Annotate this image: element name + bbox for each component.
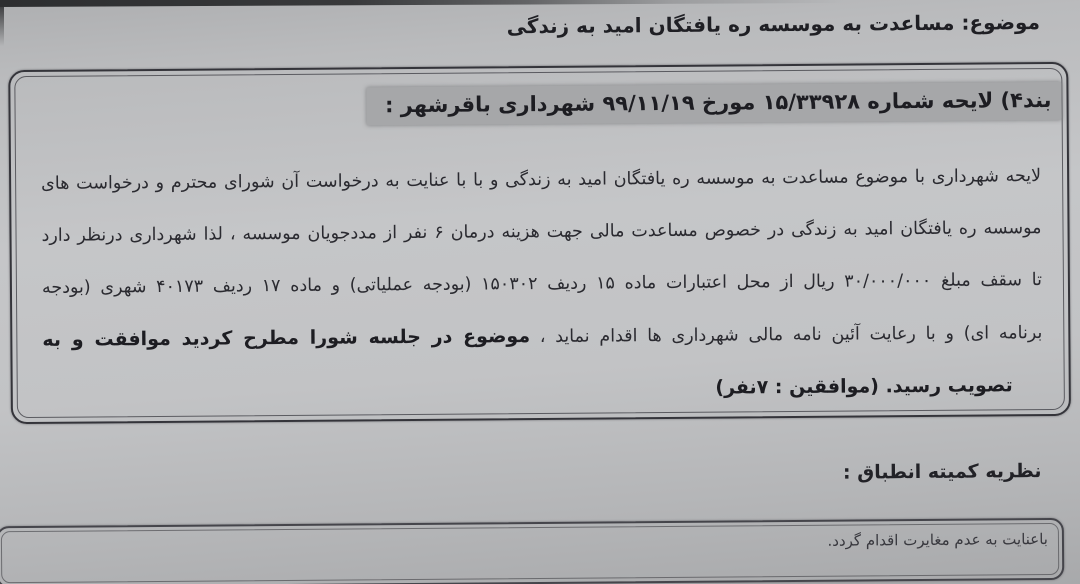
compliance-heading: نظریه کمیته انطباق : <box>843 460 1042 484</box>
compliance-box: باعنایت به عدم مغایرت اقدام گردد. <box>0 518 1064 584</box>
scanned-document-page: موضوع: مساعدت به موسسه ره یافتگان امید ب… <box>0 0 1080 584</box>
resolution-box: بند۴) لایحه شماره ۱۵/۳۳۹۲۸ مورخ ۹۹/۱۱/۱۹… <box>8 62 1071 424</box>
body-line-2: موسسه ره یافتگان امید به زندگی در خصوص م… <box>41 202 1041 262</box>
approval-line: تصویب رسید. (موافقین : ۷نفر) <box>43 359 1043 419</box>
resolution-body: لایحه شهرداری با موضوع مساعدت به موسسه ر… <box>41 150 1043 419</box>
subject-line: موضوع: مساعدت به موسسه ره یافتگان امید ب… <box>507 10 1040 38</box>
body-line-4: برنامه ای) و با رعایت آئین نامه مالی شهر… <box>42 306 1042 367</box>
resolution-header: بند۴) لایحه شماره ۱۵/۳۳۹۲۸ مورخ ۹۹/۱۱/۱۹… <box>367 82 1062 125</box>
body-line-4-regular: برنامه ای) و با رعایت آئین نامه مالی شهر… <box>540 323 1043 347</box>
body-line-1: لایحه شهرداری با موضوع مساعدت به موسسه ر… <box>41 150 1041 210</box>
body-line-3: تا سقف مبلغ ۳۰/۰۰۰/۰۰۰ ریال از محل اعتبا… <box>42 254 1042 314</box>
scan-tilt-wrapper: موضوع: مساعدت به موسسه ره یافتگان امید ب… <box>0 0 1080 584</box>
compliance-note: باعنایت به عدم مغایرت اقدام گردد. <box>18 530 1048 556</box>
body-line-4-bold: موضوع در جلسه شورا مطرح کردید موافقت و ب… <box>42 325 530 351</box>
